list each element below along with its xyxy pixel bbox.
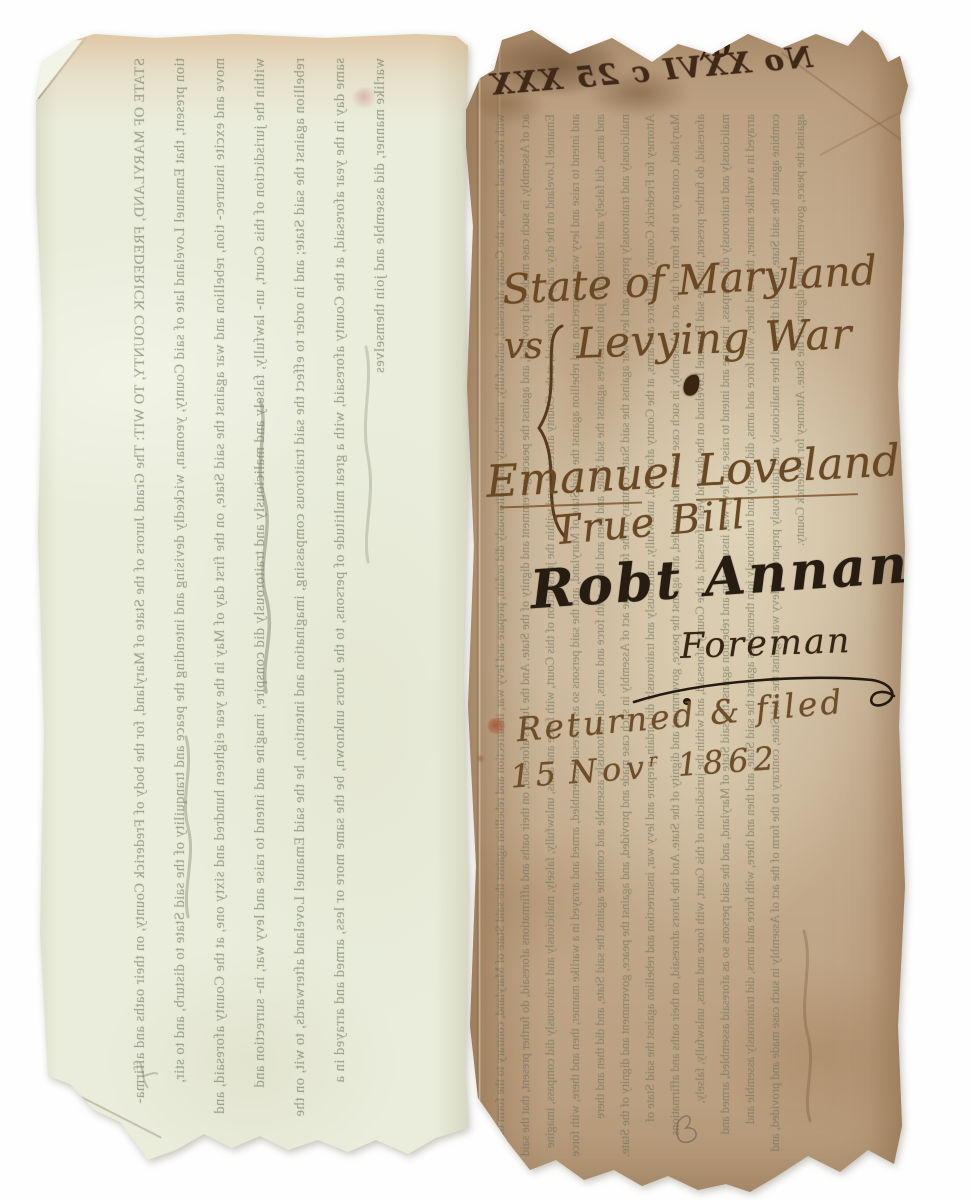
right-leaf: with force and arms, at the County afore… (464, 26, 908, 1192)
left-leaf: STATE OF MARYLAND, FREDERICK COUNTY, TO … (36, 32, 468, 1177)
pencil-mark (464, 26, 908, 1192)
handwriting-bleedthrough-squiggles (36, 32, 468, 1177)
document-scan: STATE OF MARYLAND, FREDERICK COUNTY, TO … (0, 0, 972, 1200)
